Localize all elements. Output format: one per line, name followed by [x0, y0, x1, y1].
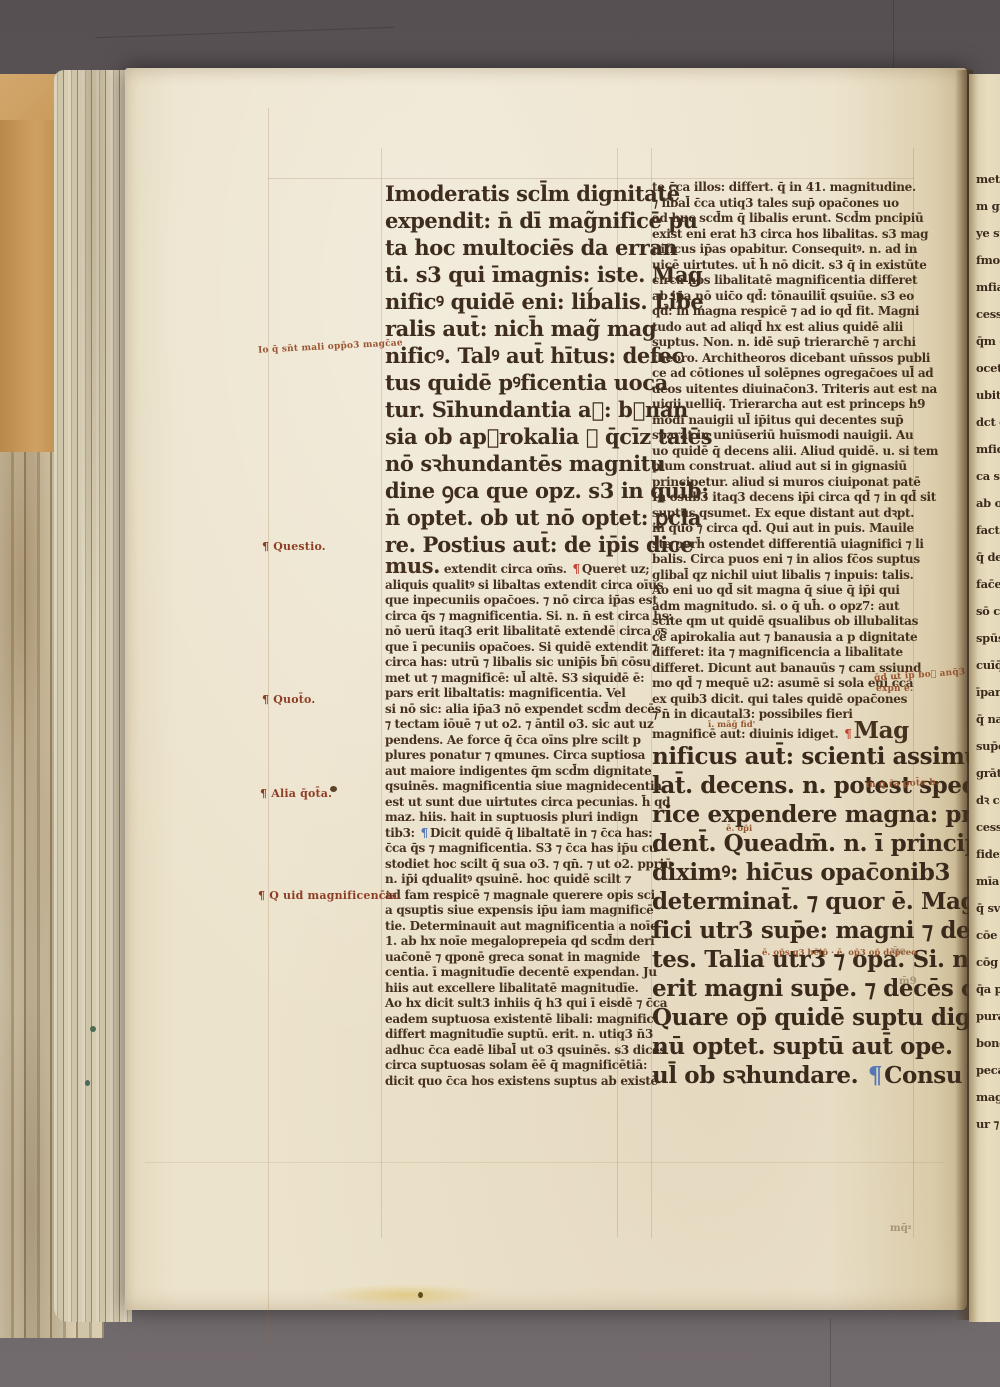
text-line: q̄m q̄m: [969, 328, 1000, 355]
facing-page-edge: met am griye stafmo dmfiacessimq̄m q̄moc…: [969, 74, 1000, 1322]
text-line: q̄ deo: [969, 544, 1000, 571]
text-line: uicē uirtutes. ut̄ h̄ nō dicit. s3 q̄ in…: [652, 258, 916, 274]
text-line: spūs: [969, 625, 1000, 652]
margin-annotation: ¶ Questio.: [262, 540, 326, 553]
text-line: expendit: n̄ dī mag̃nificē pu: [385, 207, 645, 234]
text-line: ubitcoi: [969, 382, 1000, 409]
text-line: dent̄. Queadm̄. n. ī principio: [652, 829, 916, 858]
text-line: mficꝰ: [969, 436, 1000, 463]
text-line: tur. Sīhundantia aᷣ: bᷣnan: [385, 396, 645, 423]
text-line: ad huc scd̄m q̄ libalis erunt. Scd̄m pnc…: [652, 211, 916, 227]
text-line: qsuinēs. magnificentia siue magnidecenti…: [385, 779, 645, 795]
green-speck: [85, 1080, 90, 1086]
text-line: hiis aut excellere libalitatē magnitudīe…: [385, 981, 645, 997]
left-commentary-block: mus. extendit circa om̄s. ¶Queret uz;ali…: [385, 558, 645, 1089]
left-column: Imoderatis scl̄m dignitatēexpendit: n̄ d…: [385, 180, 645, 1089]
text-line: dꝛ ce: [969, 787, 1000, 814]
text-line: ocetavo: [969, 355, 1000, 382]
text-line: cōg: [969, 949, 1000, 976]
text-line: principetur. aliud si muros ciuiponat pa…: [652, 475, 916, 491]
text-line: circa has: utrū ⁊ libalis sic unip̄is b̄…: [385, 655, 645, 671]
text-line: q̄ sv: [969, 895, 1000, 922]
ruling-horizontal-top: [268, 178, 914, 179]
text-line: mus. extendit circa om̄s. ¶Queret uz;: [385, 558, 645, 578]
text-line: te c̄ca illos: differt. q̄ in 41. magnit…: [652, 180, 916, 196]
text-line: eadem suptuosa existentē libali: magnifi…: [385, 1012, 645, 1028]
text-line: sup̄os: [969, 733, 1000, 760]
binding-leather-strip: [0, 120, 60, 492]
text-line: Quare op̄ quidē suptu dig: [652, 1003, 916, 1032]
margin-annotation: ¶ Q uid magnificenc̄ia.: [258, 889, 401, 902]
text-line: diximꝰ: hic̄us opac̄onib3: [652, 858, 916, 887]
text-line: mīa: [969, 868, 1000, 895]
backdrop-crease: [95, 27, 395, 38]
text-line: dct q̄ c: [969, 409, 1000, 436]
text-line: ce apirokalia aut ⁊ banausia a p dignita…: [652, 630, 916, 646]
text-line: sō cui: [969, 598, 1000, 625]
text-line: circa q̄s ⁊ magnificentia. Si. n. n̄ est…: [385, 609, 645, 625]
text-line: circa hos libalitatē magnificentia diffe…: [652, 273, 916, 289]
margin-annotation: m̄9: [899, 976, 917, 987]
text-line: Ao eni uo qd̄ sit magna q̄ siue q̄ ip̄i …: [652, 583, 916, 599]
text-line: īpar: [969, 679, 1000, 706]
text-line: differet: ita ⁊ magnificencia a libalita…: [652, 645, 916, 661]
text-line: est ut sunt due uirtutes circa pecunias.…: [385, 795, 645, 811]
text-line: ca si so: [969, 463, 1000, 490]
text-line: met a: [969, 166, 1000, 193]
text-line: modi nauigii ul̄ ip̄itus qui decentes su…: [652, 413, 916, 429]
text-line: adm magnitudo. si. o q̄ uh̄. o opz7: aut: [652, 599, 916, 615]
text-line: uac̄onē ⁊ qponē greca sonat in magnide: [385, 950, 645, 966]
text-line: dine ꝯca que opz. s3 in quib:: [385, 477, 645, 504]
text-line: pecat: [969, 1057, 1000, 1084]
text-line: ul̄ ob sꝛhundare. ¶Consu: [652, 1061, 916, 1090]
text-line: magnificē aut: diuinis idiget. ¶Mag: [652, 723, 916, 743]
text-line: nū optet. suptū aut̄ ope.: [652, 1032, 916, 1061]
text-line: dicit quo c̄ca hos existens suptus ab ex…: [385, 1074, 645, 1090]
margin-annotation: ¶ Quot̄o.: [262, 693, 315, 706]
text-line: que ī pecuniis opac̄oes. Si quidē extend…: [385, 640, 645, 656]
text-line: suptus. Non. n. idē sup̄ trierarchē ⁊ ar…: [652, 335, 916, 351]
text-line: uigii uelliq̄. Trierarcha aut est prince…: [652, 397, 916, 413]
text-line: tib3: ¶Dicit quidē q̄ libaltatē in ⁊ c̄c…: [385, 826, 645, 842]
right-commentary-block: te c̄ca illos: differt. q̄ in 41. magnit…: [652, 180, 916, 742]
text-line: balis. Circa puos eni ⁊ in alios fc̄os s…: [652, 552, 916, 568]
text-line: ad fam respicē ⁊ magnale querere opis sc…: [385, 888, 645, 904]
text-line: 1. ab hx noīe megaloprepeia qd scd̄m der…: [385, 934, 645, 950]
text-line: nificus aut̄: scienti assimu: [652, 742, 916, 771]
text-line: a qsuptis siue expensis ip̄u iam magnifi…: [385, 903, 645, 919]
text-line: glibal̄ qz nichil uiut libalis ⁊ inpuis:…: [652, 568, 916, 584]
text-line: mag: [969, 1084, 1000, 1111]
text-line: nō sꝛhundantēs magnitu: [385, 450, 645, 477]
ruling-vertical-col1-left: [381, 148, 382, 1238]
text-line: n̄ optet. ob ut nō optet: ꝑcla: [385, 504, 645, 531]
text-line: fac̄ee: [969, 571, 1000, 598]
left-lectio-block: Imoderatis scl̄m dignitatēexpendit: n̄ d…: [385, 180, 645, 558]
text-line: In osub3 itaq3 decens ip̄i circa qd̄ ⁊ i…: [652, 490, 916, 506]
green-speck: [90, 1026, 96, 1032]
text-line: pendens. Ae force q̄ c̄ca oīns plre scil…: [385, 733, 645, 749]
text-line: fici utr3 sup̄e: magni ⁊ dece: [652, 916, 916, 945]
text-line: nificꝰ quidē eni: lib́alis. Libe: [385, 288, 645, 315]
text-line: erit magni sup̄e. ⁊ decēs opi: [652, 974, 916, 1003]
text-line: cuīq̄: [969, 652, 1000, 679]
text-line: fmo d: [969, 247, 1000, 274]
text-line: Imoderatis scl̄m dignitatē: [385, 180, 645, 207]
text-line: tus quidē pꝰficentia uoca: [385, 369, 645, 396]
text-line: exist eni erat h3 circa hos libalitas. s…: [652, 227, 916, 243]
text-line: nificꝰ. Talꝰ aut̄ hītus: defec: [385, 342, 645, 369]
page-edges-stack: [54, 70, 132, 1322]
text-line: ti. s3 qui īmagnis: iste. Mag: [385, 261, 645, 288]
text-line: suptus qsumet. Ex eque distant aut dꝛpt.: [652, 506, 916, 522]
text-line: differt magnitudīe suptū. erit. n. utiq3…: [385, 1027, 645, 1043]
text-line: mfia: [969, 274, 1000, 301]
text-line: cessū: [969, 814, 1000, 841]
text-line: aliquis qualitꝰ si libaltas extendit cir…: [385, 578, 645, 594]
manuscript-page: Imoderatis scl̄m dignitatēexpendit: n̄ d…: [125, 68, 967, 1310]
text-line: maz. hiis. hait in suptuosis pluri indig…: [385, 810, 645, 826]
text-line: fider: [969, 841, 1000, 868]
text-line: ralis aut̄: nich̄ mag̃ mag: [385, 315, 645, 342]
text-line: qd̄: in magna respicē ⁊ ad io qd̄ fit. M…: [652, 304, 916, 320]
text-line: grāt: [969, 760, 1000, 787]
text-line: m gri: [969, 193, 1000, 220]
text-line: plum construat. aliud aut si in gignasiū: [652, 459, 916, 475]
text-line: q̄ nat: [969, 706, 1000, 733]
text-line: ce ad cōtiones ul̄ solēpnes ogregac̄oes …: [652, 366, 916, 382]
text-line: ste perh̄ ostendet differentiā uiagnific…: [652, 537, 916, 553]
text-line: ta hoc multociēs da erran: [385, 234, 645, 261]
interlinear-gloss: ē. op̄s q3 bēip̄ · ē. op̄3 op̄ dēp̄ceo: [762, 948, 917, 958]
backdrop-crease: [830, 1318, 831, 1387]
text-line: nificus ip̄as opabitur. Consequitꝰ. n. a…: [652, 242, 916, 258]
margin-annotation: mq̄⹀: [890, 1220, 911, 1234]
text-line: ye sta: [969, 220, 1000, 247]
text-line: determinat̄. ⁊ quor ē. Magni: [652, 887, 916, 916]
text-line: rice expendere magna: pru: [652, 800, 916, 829]
text-line: pars erit libaltatis: magnificentia. Vel: [385, 686, 645, 702]
text-line: tudo aut ad aliqd̄ hx est alius quidē al…: [652, 320, 916, 336]
text-line: adhuc c̄ca eadē libal̄ ut o3 qsuinēs. s3…: [385, 1043, 645, 1059]
text-line: ab ip̄a nō uic̄o qd̄: tōnauilit̄ qsuiūe.…: [652, 289, 916, 305]
text-line: q̄a pᵗ: [969, 976, 1000, 1003]
text-line: cōe: [969, 922, 1000, 949]
text-line: scite qm ut quidē qsualibus ob illubalit…: [652, 614, 916, 630]
text-line: tie. Determinauit aut magnificentia a no…: [385, 919, 645, 935]
text-line: nō uerū itaq3 erit libalitatē extendē ci…: [385, 624, 645, 640]
text-line: c̄ca q̄s ⁊ magnificentia. S3 ⁊ c̄ca has …: [385, 841, 645, 857]
text-line: centia. ī magnitudīe decentē expendan. J…: [385, 965, 645, 981]
text-line: circa suptuosas solam ēē q̄ magnificētiā…: [385, 1058, 645, 1074]
text-line: ur ⁊ n̄: [969, 1111, 1000, 1138]
text-line: uo quidē q̄ decens alii. Aliud quidē. u.…: [652, 444, 916, 460]
text-line: ⁊ libal̄ c̄ca utiq3 tales sup̄ opac̄ones…: [652, 196, 916, 212]
ruling-horizontal-bottom: [145, 1162, 945, 1163]
margin-annotation: expn̄ ē.: [876, 684, 913, 694]
text-line: stodiet hoc scilt q̄ sua o3. ⁊ qn̄. ⁊ ut…: [385, 857, 645, 873]
text-line: pura: [969, 1003, 1000, 1030]
text-line: aut maiore indigentes q̄m scd̄m dignitat…: [385, 764, 645, 780]
text-line: in quo ⁊ circa qd̄. Qui aut in puis. Mau…: [652, 521, 916, 537]
text-line: n. ip̄i qdualitꝰ qsuinē. hoc quidē scilt…: [385, 872, 645, 888]
text-line: Ao hx dicit sult3 inhiis q̄ h3 qui ī eis…: [385, 996, 645, 1012]
yellow-stain: [320, 1284, 490, 1306]
text-line: plures ponatur ⁊ qmunes. Circa suptiosa: [385, 748, 645, 764]
text-line: theoro. Architheoros dicebant un̄ssos pu…: [652, 351, 916, 367]
text-line: que inpecuniis opac̄oes. ⁊ nō circa ip̄a…: [385, 593, 645, 609]
text-line: cessim: [969, 301, 1000, 328]
interlinear-gloss: ē. op̄i: [726, 824, 752, 834]
photo-of-manuscript: { "manuscript": { "colors": { "ink": "#3…: [0, 0, 1000, 1387]
text-line: sia ob apᷣrokalia ⁊ q̄cīz talēs: [385, 423, 645, 450]
text-line: met ut ⁊ magnificē: ul̄ altē. S3 siquidē…: [385, 671, 645, 687]
text-line: si nō sic: alia ip̄a3 nō expendet scd̄m …: [385, 702, 645, 718]
facing-page-text-fragments: met am griye stafmo dmfiacessimq̄m q̄moc…: [969, 166, 1000, 1138]
interlinear-gloss: ī. māḡ fid': [708, 720, 755, 730]
margin-annotation: ¶ Alia q̄ot̄a.: [260, 787, 332, 800]
text-line: bono: [969, 1030, 1000, 1057]
text-line: factor o: [969, 517, 1000, 544]
right-lectio-block: nificus aut̄: scienti assimulat̄. decens…: [652, 742, 916, 1090]
text-line: sparat in uniūseriū huīsmodi nauigii. Au: [652, 428, 916, 444]
text-line: ⁊ tectam iōuē ⁊ ut o2. ⁊ āntil o3. sic a…: [385, 717, 645, 733]
text-line: ab oque: [969, 490, 1000, 517]
text-line: deos uitentes diuinac̄on3. Triteris aut …: [652, 382, 916, 398]
